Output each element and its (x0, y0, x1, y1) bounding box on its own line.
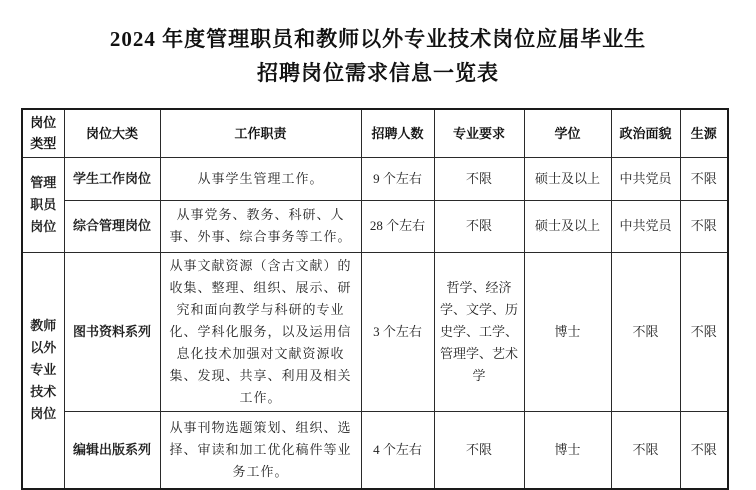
header-position-type: 岗位类型 (22, 109, 64, 157)
major-cell: 哲学、经济学、文学、历史学、工学、管理学、艺术学 (434, 252, 524, 411)
table-row-editing-publishing: 编辑出版系列 从事刊物选题策划、组织、选择、审读和加工优化稿件等业务工作。 4 … (22, 411, 728, 489)
table-row-general-management: 综合管理岗位 从事党务、教务、科研、人事、外事、综合事务等工作。 28 个左右 … (22, 200, 728, 252)
count-cell: 4 个左右 (361, 411, 434, 489)
table-row-student-work: 管理职员岗位 学生工作岗位 从事学生管理工作。 9 个左右 不限 硕士及以上 中… (22, 157, 728, 200)
category-cell: 学生工作岗位 (64, 157, 160, 200)
header-duties: 工作职责 (160, 109, 361, 157)
major-cell: 不限 (434, 200, 524, 252)
header-position-category: 岗位大类 (64, 109, 160, 157)
title-line-1: 2024 年度管理职员和教师以外专业技术岗位应届毕业生 (0, 22, 756, 56)
count-cell: 3 个左右 (361, 252, 434, 411)
political-cell: 不限 (611, 252, 680, 411)
count-cell: 28 个左右 (361, 200, 434, 252)
document-title: 2024 年度管理职员和教师以外专业技术岗位应届毕业生 招聘岗位需求信息一览表 (0, 0, 756, 90)
duties-cell: 从事刊物选题策划、组织、选择、审读和加工优化稿件等业务工作。 (160, 411, 361, 489)
degree-cell: 硕士及以上 (524, 200, 611, 252)
header-student-source: 生源 (680, 109, 728, 157)
title-line-2: 招聘岗位需求信息一览表 (0, 56, 756, 90)
degree-cell: 博士 (524, 252, 611, 411)
category-cell: 综合管理岗位 (64, 200, 160, 252)
header-political-status: 政治面貌 (611, 109, 680, 157)
header-count: 招聘人数 (361, 109, 434, 157)
count-cell: 9 个左右 (361, 157, 434, 200)
category-cell: 编辑出版系列 (64, 411, 160, 489)
source-cell: 不限 (680, 252, 728, 411)
duties-cell: 从事党务、教务、科研、人事、外事、综合事务等工作。 (160, 200, 361, 252)
category-cell: 图书资料系列 (64, 252, 160, 411)
header-row: 岗位类型 岗位大类 工作职责 招聘人数 专业要求 学位 政治面貌 生源 (22, 109, 728, 157)
major-cell: 不限 (434, 157, 524, 200)
duties-cell: 从事学生管理工作。 (160, 157, 361, 200)
header-degree: 学位 (524, 109, 611, 157)
political-cell: 中共党员 (611, 200, 680, 252)
degree-cell: 硕士及以上 (524, 157, 611, 200)
political-cell: 中共党员 (611, 157, 680, 200)
source-cell: 不限 (680, 200, 728, 252)
group-type-management-staff: 管理职员岗位 (22, 157, 64, 252)
source-cell: 不限 (680, 411, 728, 489)
table-row-library-materials: 教师以外专业技术岗位 图书资料系列 从事文献资源（含古文献）的收集、整理、组织、… (22, 252, 728, 411)
group-type-non-teacher-professional: 教师以外专业技术岗位 (22, 252, 64, 489)
recruitment-table: 岗位类型 岗位大类 工作职责 招聘人数 专业要求 学位 政治面貌 生源 管理职员… (21, 108, 729, 490)
degree-cell: 博士 (524, 411, 611, 489)
document-page: 2024 年度管理职员和教师以外专业技术岗位应届毕业生 招聘岗位需求信息一览表 … (0, 0, 756, 490)
duties-cell: 从事文献资源（含古文献）的收集、整理、组织、展示、研究和面向教学与科研的专业化、… (160, 252, 361, 411)
major-cell: 不限 (434, 411, 524, 489)
source-cell: 不限 (680, 157, 728, 200)
political-cell: 不限 (611, 411, 680, 489)
header-major: 专业要求 (434, 109, 524, 157)
